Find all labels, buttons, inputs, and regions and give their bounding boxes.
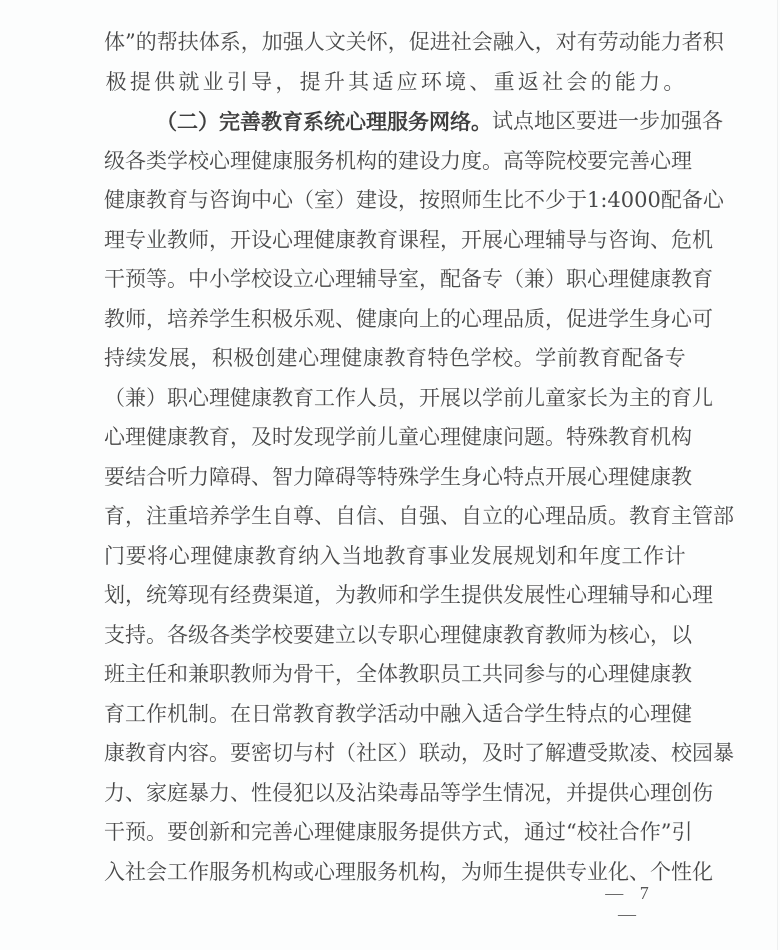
text-line: 划，统筹现有经费渠道，为教师和学生提供发展性心理辅导和心理 xyxy=(104,576,686,616)
text-line: 心理健康教育，及时发现学前儿童心理健康问题。特殊教育机构 xyxy=(104,418,686,458)
text-line: 级各类学校心理健康服务机构的建设力度。高等院校要完善心理 xyxy=(104,142,686,182)
page-edge xyxy=(777,0,778,950)
text-line: 干预。要创新和完善心理健康服务提供方式，通过“校社合作”引 xyxy=(104,813,686,853)
body-text: 体”的帮扶体系，加强人文关怀，促进社会融入，对有劳动能力者积 极提供就业引导，提… xyxy=(104,23,686,892)
text-line: 理专业教师，开设心理健康教育课程，开展心理辅导与咨询、危机 xyxy=(104,221,686,261)
document-page: 体”的帮扶体系，加强人文关怀，促进社会融入，对有劳动能力者积 极提供就业引导，提… xyxy=(0,0,780,950)
text-line: 教师，培养学生积极乐观、健康向上的心理品质，促进学生身心可 xyxy=(104,300,686,340)
text-line: 支持。各级各类学校要建立以专职心理健康教育教师为核心，以 xyxy=(104,616,686,656)
page-number: — 7 — xyxy=(590,883,670,925)
text-line: 体”的帮扶体系，加强人文关怀，促进社会融入，对有劳动能力者积 xyxy=(104,23,686,63)
text-line: 健康教育与咨询中心（室）建设，按照师生比不少于1:4000配备心 xyxy=(104,181,686,221)
text-line: 育，注重培养学生自尊、自信、自强、自立的心理品质。教育主管部 xyxy=(104,497,686,537)
text-line: 持续发展，积极创建心理健康教育特色学校。学前教育配备专 xyxy=(104,339,686,379)
text-line: 康教育内容。要密切与村（社区）联动，及时了解遭受欺凌、校园暴 xyxy=(104,734,686,774)
text-line: 门要将心理健康教育纳入当地教育事业发展规划和年度工作计 xyxy=(104,537,686,577)
text-line: 极提供就业引导，提升其适应环境、重返社会的能力。 xyxy=(104,63,686,103)
text-line: （兼）职心理健康教育工作人员，开展以学前儿童家长为主的育儿 xyxy=(104,379,686,419)
section-heading-line: （二）完善教育系统心理服务网络。试点地区要进一步加强各 xyxy=(104,102,686,142)
text-line: 干预等。中小学校设立心理辅导室，配备专（兼）职心理健康教育 xyxy=(104,260,686,300)
text-line: 育工作机制。在日常教育教学活动中融入适合学生特点的心理健 xyxy=(104,695,686,735)
text-line: 要结合听力障碍、智力障碍等特殊学生身心特点开展心理健康教 xyxy=(104,458,686,498)
text-line: 力、家庭暴力、性侵犯以及沾染毒品等学生情况，并提供心理创伤 xyxy=(104,774,686,814)
text-line: 班主任和兼职教师为骨干，全体教职员工共同参与的心理健康教 xyxy=(104,655,686,695)
